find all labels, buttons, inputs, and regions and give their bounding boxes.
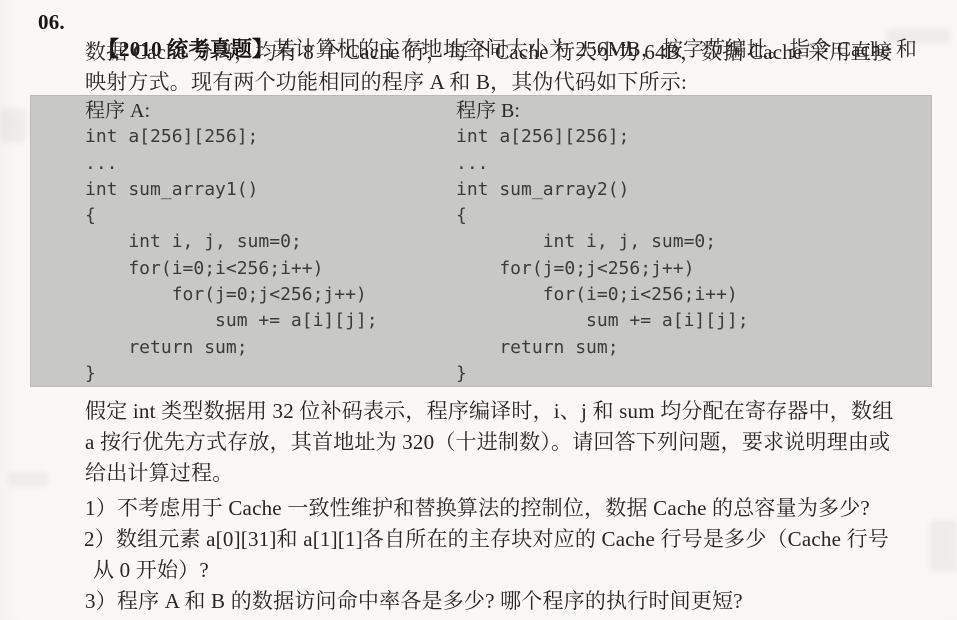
code-line: { [85,203,378,229]
program-a-label: 程序 A: [85,98,378,124]
code-line: return sum; [456,335,749,361]
program-b-label: 程序 B: [456,98,749,124]
code-line: int sum_array1() [85,177,378,203]
code-line: sum += a[i][j]; [85,308,378,334]
problem-stem-line-2: 数据 Cache 分离，均有 8 个 Cache 行，每个 Cache 行大小为… [85,39,893,66]
assumption-line-3: 给出计算过程。 [85,460,233,487]
question-3: 3）程序 A 和 B 的数据访问命中率各是多少? 哪个程序的执行时间更短? [85,588,743,615]
program-b-column: 程序 B: int a[256][256]; ... int sum_array… [456,98,749,387]
code-line: int a[256][256]; [85,124,378,150]
code-line: sum += a[i][j]; [456,308,749,334]
assumption-line-1: 假定 int 类型数据用 32 位补码表示，程序编译时，i、j 和 sum 均分… [85,398,893,425]
scanned-textbook-page: 06. 【2010 统考真题】某计算机的主存地址空间大小为 256MB，按字节编… [0,0,957,620]
bleed-through-artifact [930,520,957,572]
problem-number: 06. [38,9,65,36]
code-line: for(i=0;i<256;i++) [85,256,378,282]
code-line: for(i=0;i<256;i++) [456,282,749,308]
code-panel: 程序 A: int a[256][256]; ... int sum_array… [30,95,932,387]
code-line: } [456,361,749,387]
bleed-through-artifact [8,472,48,486]
problem-stem-line-3: 映射方式。现有两个功能相同的程序 A 和 B，其伪代码如下所示: [85,69,687,96]
code-line: } [85,361,378,387]
code-line: int i, j, sum=0; [456,229,749,255]
code-line: return sum; [85,335,378,361]
question-2-line-1: 2）数组元素 a[0][31]和 a[1][1]各自所在的主存块对应的 Cach… [84,526,889,553]
code-line: ... [85,151,378,177]
code-line: ... [456,151,749,177]
code-line: int i, j, sum=0; [85,229,378,255]
assumption-line-2: a 按行优先方式存放，其首地址为 320（十进制数）。请回答下列问题，要求说明理… [85,429,890,456]
code-line: for(j=0;j<256;j++) [456,256,749,282]
code-line: { [456,203,749,229]
question-1: 1）不考虑用于 Cache 一致性维护和替换算法的控制位，数据 Cache 的总… [85,495,870,522]
code-line: int a[256][256]; [456,124,749,150]
program-a-column: 程序 A: int a[256][256]; ... int sum_array… [85,98,378,387]
question-2-line-2: 从 0 开始）? [93,557,209,584]
code-line: for(j=0;j<256;j++) [85,282,378,308]
bleed-through-artifact [0,108,26,142]
code-line: int sum_array2() [456,177,749,203]
